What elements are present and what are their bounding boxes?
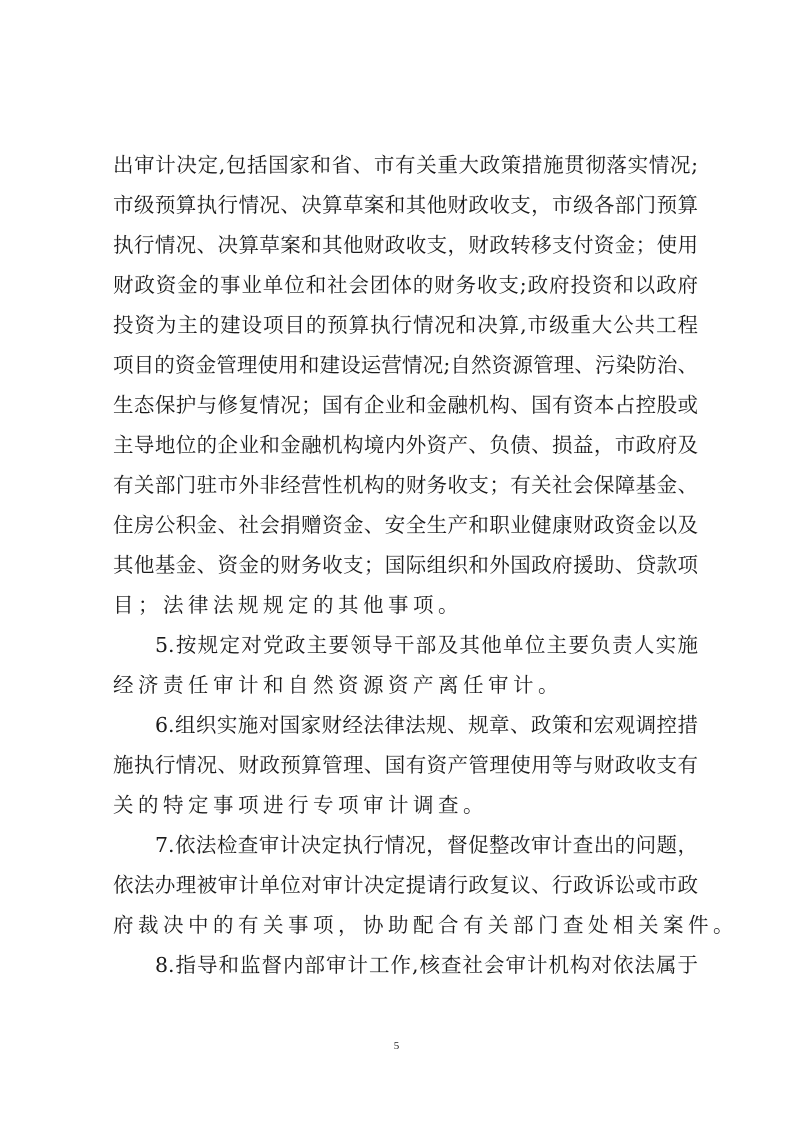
- list-item-5-start: 5.按规定对党政主要领导干部及其他单位主要负责人实施: [113, 625, 698, 665]
- text-line: 财政资金的事业单位和社会团体的财务收支;政府投资和以政府: [113, 265, 698, 305]
- text-line: 执行情况、决算草案和其他财政收支，财政转移支付资金；使用: [113, 225, 698, 265]
- text-line: 府裁决中的有关事项，协助配合有关部门查处相关案件。: [113, 905, 698, 945]
- text-line: 出审计决定,包括国家和省、市有关重大政策措施贯彻落实情况;: [113, 145, 698, 185]
- text-line: 经济责任审计和自然资源资产离任审计。: [113, 665, 698, 705]
- document-page: 出审计决定,包括国家和省、市有关重大政策措施贯彻落实情况; 市级预算执行情况、决…: [0, 0, 793, 1122]
- text-line: 项目的资金管理使用和建设运营情况;自然资源管理、污染防治、: [113, 345, 698, 385]
- body-text: 出审计决定,包括国家和省、市有关重大政策措施贯彻落实情况; 市级预算执行情况、决…: [113, 145, 698, 985]
- text-line: 生态保护与修复情况；国有企业和金融机构、国有资本占控股或: [113, 385, 698, 425]
- text-line: 主导地位的企业和金融机构境内外资产、负债、损益，市政府及: [113, 425, 698, 465]
- text-line: 目；法律法规规定的其他事项。: [113, 585, 698, 625]
- text-line: 依法办理被审计单位对审计决定提请行政复议、行政诉讼或市政: [113, 865, 698, 905]
- text-line: 投资为主的建设项目的预算执行情况和决算,市级重大公共工程: [113, 305, 698, 345]
- text-line: 其他基金、资金的财务收支；国际组织和外国政府援助、贷款项: [113, 545, 698, 585]
- page-number: 5: [0, 1040, 793, 1052]
- text-line: 关的特定事项进行专项审计调查。: [113, 785, 698, 825]
- text-line: 施执行情况、财政预算管理、国有资产管理使用等与财政收支有: [113, 745, 698, 785]
- list-item-7-start: 7.依法检查审计决定执行情况，督促整改审计查出的问题，: [113, 825, 698, 865]
- list-item-8-start: 8.指导和监督内部审计工作,核查社会审计机构对依法属于: [113, 945, 698, 985]
- text-line: 市级预算执行情况、决算草案和其他财政收支，市级各部门预算: [113, 185, 698, 225]
- list-item-6-start: 6.组织实施对国家财经法律法规、规章、政策和宏观调控措: [113, 705, 698, 745]
- text-line: 有关部门驻市外非经营性机构的财务收支；有关社会保障基金、: [113, 465, 698, 505]
- text-line: 住房公积金、社会捐赠资金、安全生产和职业健康财政资金以及: [113, 505, 698, 545]
